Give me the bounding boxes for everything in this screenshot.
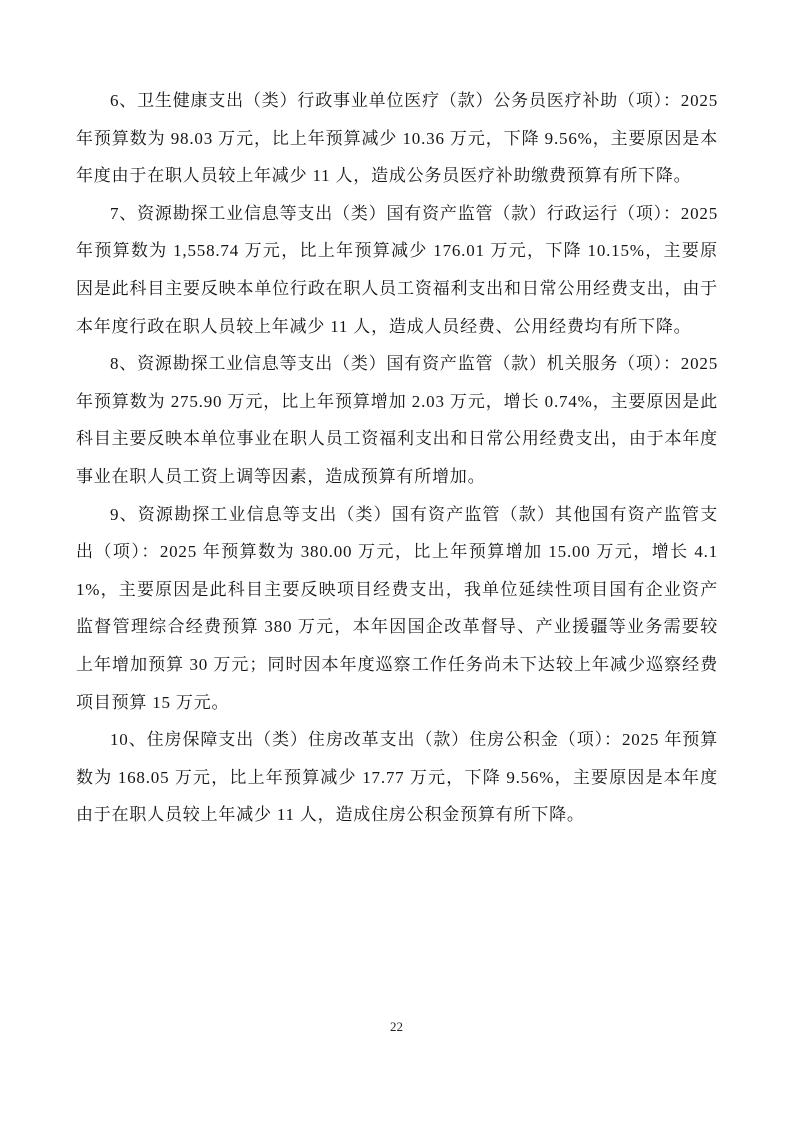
document-page: 6、卫生健康支出（类）行政事业单位医疗（款）公务员医疗补助（项）：2025 年预…	[0, 0, 793, 1122]
paragraph-item-7: 7、资源勘探工业信息等支出（类）国有资产监管（款）行政运行（项）：2025 年预…	[76, 195, 718, 345]
paragraph-item-9: 9、资源勘探工业信息等支出（类）国有资产监管（款）其他国有资产监管支出（项）：2…	[76, 496, 718, 722]
document-body: 6、卫生健康支出（类）行政事业单位医疗（款）公务员医疗补助（项）：2025 年预…	[76, 82, 718, 834]
paragraph-item-6: 6、卫生健康支出（类）行政事业单位医疗（款）公务员医疗补助（项）：2025 年预…	[76, 82, 718, 195]
paragraph-item-10: 10、住房保障支出（类）住房改革支出（款）住房公积金（项）：2025 年预算数为…	[76, 721, 718, 834]
page-footer: 22	[0, 1018, 793, 1036]
page-number: 22	[390, 1019, 403, 1034]
paragraph-item-8: 8、资源勘探工业信息等支出（类）国有资产监管（款）机关服务（项）：2025 年预…	[76, 345, 718, 495]
